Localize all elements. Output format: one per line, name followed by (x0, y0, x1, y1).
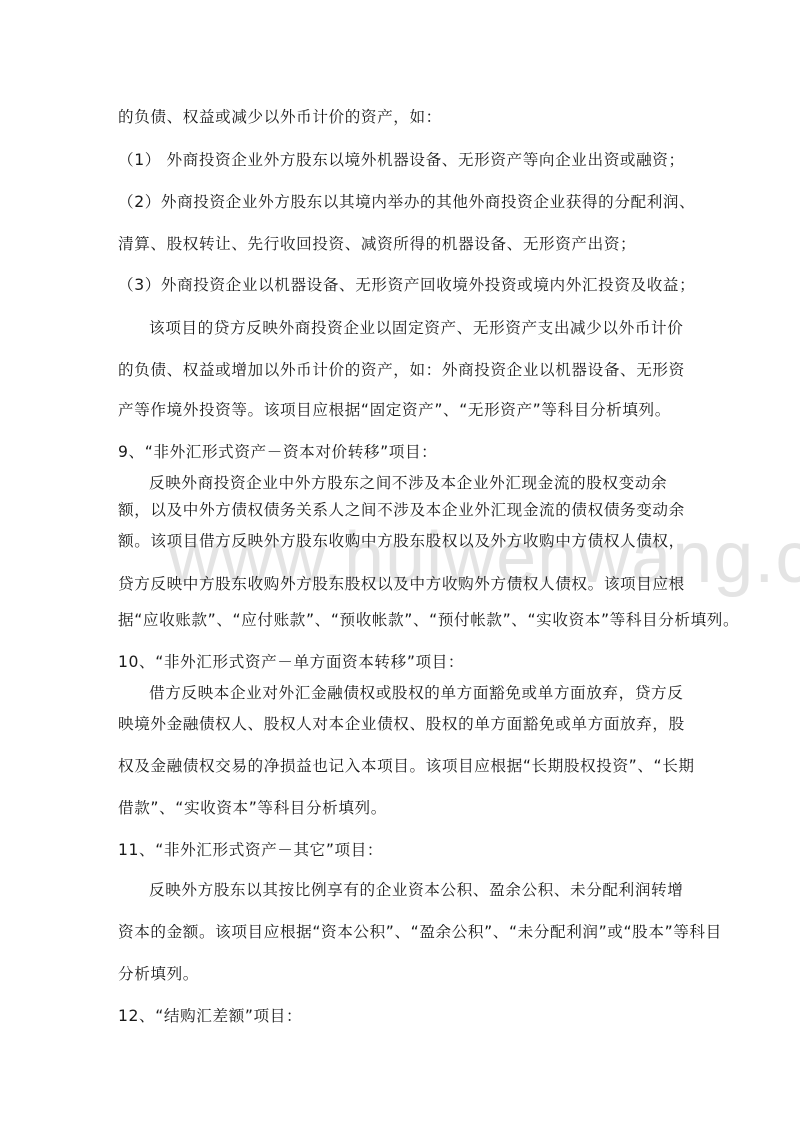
paragraph-start: 该项目的贷方反映外商投资企业以固定资产、无形资产支出减少以外币计价 (149, 318, 683, 338)
text-line: 据“应收账款”、“应付账款”、“预收帐款”、“预付帐款”、“实收资本”等科目分析… (118, 610, 739, 630)
section-heading-10: 10、“非外汇形式资产－单方面资本转移”项目： (118, 652, 464, 672)
text-line: 额，以及中外方债权债务关系人之间不涉及本企业外汇现金流的债权债务变动余 (118, 500, 685, 520)
text-line: 的负债、权益或减少以外币计价的资产，如： (118, 107, 442, 127)
text-line: 清算、股权转让、先行收回投资、减资所得的机器设备、无形资产出资； (118, 234, 636, 254)
text-line: 的负债、权益或增加以外币计价的资产，如：外商投资企业以机器设备、无形资 (118, 360, 685, 380)
section-heading-11: 11、“非外汇形式资产－其它”项目： (118, 840, 383, 860)
text-line: 产等作境外投资等。该项目应根据“固定资产”、“无形资产”等科目分析填列。 (118, 400, 671, 420)
paragraph-start: 反映外商投资企业中外方股东之间不涉及本企业外汇现金流的股权变动余 (149, 473, 667, 493)
paragraph-start: 借方反映本企业对外汇金融债权或股权的单方面豁免或单方面放弃，贷方反 (149, 683, 683, 703)
document-body: 的负债、权益或减少以外币计价的资产，如： （1） 外商投资企业外方股东以境外机器… (0, 0, 800, 1132)
document-page: www.huiwenwang.cn 的负债、权益或减少以外币计价的资产，如： （… (0, 0, 800, 1132)
list-item-3: （3）外商投资企业以机器设备、无形资产回收境外投资或境内外汇投资及收益； (118, 275, 695, 295)
section-heading-12: 12、“结购汇差额”项目： (118, 1006, 302, 1026)
text-line: 借款”、“实收资本”等科目分析填列。 (118, 798, 387, 818)
text-line: 资本的金额。该项目应根据“资本公积”、“盈余公积”、“未分配利润”或“股本”等科… (118, 922, 722, 942)
section-heading-9: 9、“非外汇形式资产－资本对价转移”项目： (118, 442, 437, 462)
text-line: 额。该项目借方反映外方股东收购中方股东股权以及外方收购中方债权人债权， (118, 531, 685, 551)
text-line: 权及金融债权交易的净损益也记入本项目。该项目应根据“长期股权投资”、“长期 (118, 756, 695, 776)
text-line: 分析填列。 (118, 964, 199, 984)
list-item-1: （1） 外商投资企业外方股东以境外机器设备、无形资产等向企业出资或融资； (118, 150, 685, 170)
list-item-2: （2）外商投资企业外方股东以其境内举办的其他外商投资企业获得的分配利润、 (118, 192, 695, 212)
text-line: 映境外金融债权人、股权人对本企业债权、股权的单方面豁免或单方面放弃，股 (118, 714, 685, 734)
paragraph-start: 反映外方股东以其按比例享有的企业资本公积、盈余公积、未分配利润转增 (149, 880, 683, 900)
text-line: 贷方反映中方股东收购外方股东股权以及中方收购外方债权人债权。该项目应根 (118, 574, 685, 594)
